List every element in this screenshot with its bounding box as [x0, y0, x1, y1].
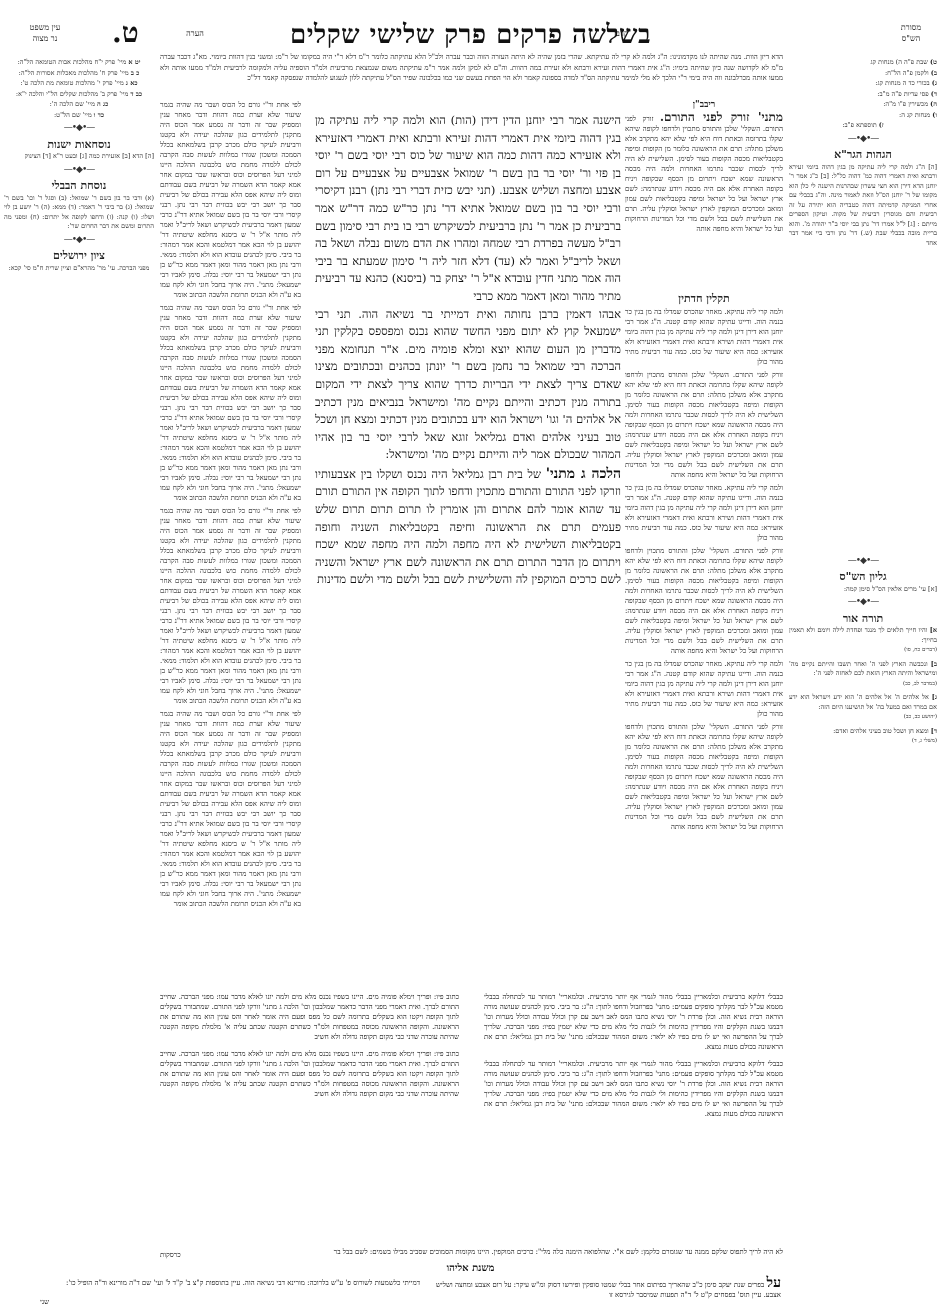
taklin-hadatin-title: תקלין חדתין: [625, 294, 783, 304]
zion-yerushalayim-title: ציון ירושלים: [4, 251, 154, 261]
pnei-moshe-text-continued: לפי אחת ור"י גורם כל הכוס ושבר מה שהיה ב…: [160, 506, 301, 706]
torah-verse: א] והיו חייך תלאים לך מנגד ופחדת לילה וי…: [789, 626, 937, 656]
talmud-page: מסורת הש"ס קרבן בשלשה פרקים פרק שלישי שק…: [0, 0, 941, 1310]
korban-commentary-continued: ולמה קרי ליה עתיקא. מאחר שהכרס שמדלו בה …: [625, 659, 783, 719]
gra-title: הגהות הגר"א: [789, 150, 937, 160]
main-gemara-text: הישנה אמר רבי יוחנן הדין דידן (הות) הוא …: [315, 112, 621, 922]
ribvan-subtitle: ריבב"ן: [625, 100, 783, 110]
korban-commentary-continued: זורק לפני התורם. השקלי' שלכן והתורס מתכו…: [625, 370, 783, 480]
ein-mishpat-item: כג ה מיי' שם הלכה ה':: [4, 100, 154, 110]
ornament-divider: —•◆•—: [4, 166, 154, 176]
right-margin: ט) שבת פ"ה ה) מנחות קג ב) ולקמן פ"ה הל"ח…: [789, 58, 937, 1258]
korban-commentary-continued: ולמה קרי ליה עתיקא. מאחר שהכרס שמדלו בה …: [625, 483, 783, 543]
ein-mishpat-item: כד ו מיי' שם הל"ט:: [4, 111, 154, 121]
korban-commentary-text: מתני' זורק לפני התורם. זורק לפני התורם. …: [625, 112, 783, 234]
masoret-item: ג) בכורי כד ה מנחות קג:: [789, 79, 937, 89]
gemara-paragraph-1: הישנה אמר רבי יוחנן הדין דידן (הות) הוא …: [315, 112, 621, 306]
ein-mishpat-item: כא ג מיי' פרק י' מהלכות טומאת מת הלכה ט'…: [4, 79, 154, 89]
masoret-item: ד) פסי עדיות פ"ה מ"ב:: [789, 90, 937, 100]
lower-commentary-left-text: כתוב פיו: ופריך וימלא פומיה מים. היינו ב…: [160, 992, 459, 1042]
gemara-paragraph-3: אבהו דאמין ברבן נחותה ואית דמייתי בר נשי…: [315, 306, 621, 464]
masoret-item: ט) שבת פ"ה ה) מנחות קג: [789, 58, 937, 68]
footer-right-initial: על: [767, 1275, 781, 1291]
ein-mishpat-item: כב ד מיי' פרק ב' מהלכות שקלים הל"י והלכה…: [4, 90, 154, 100]
ornament-divider: —•◆•—: [789, 135, 937, 145]
ornament-divider: —•◆•—: [789, 557, 937, 567]
pnei-moshe-text: לפי אחת ור"י גורם כל הכוס ושבר מה שהיה ב…: [160, 100, 301, 300]
torah-or-title: תורה אור: [789, 614, 937, 624]
ein-mishpat-label: עין משפט נר מצוה: [10, 22, 80, 44]
gra-text: [ה] ה"ג ולמה קרי ליה עתיקה מן בגין דהוה …: [789, 163, 937, 553]
lower-commentary: כבבלי דלוקא ברביעית וכלמאריין בבבלי מהור…: [160, 985, 783, 1210]
masoret-list: ט) שבת פ"ה ה) מנחות קג ב) ולקמן פ"ה הל"ח…: [789, 58, 937, 131]
bottom-commentary-bar: לא היה לריך לתפוס שלקם ממנה עד שגומרם כל…: [160, 1240, 783, 1264]
bavli-title: נוסחת הבבלי: [4, 181, 154, 191]
pnei-moshe-text-continued: לפי אחת ור"י גורם כל הכוס ושבר מה שהיה ב…: [160, 709, 301, 909]
ornament-divider: —•◆•—: [4, 124, 154, 134]
gilyon-text: [א] עי' מרים אלאין הס"ל סימן קמה:: [789, 585, 937, 595]
nuschaot-text: [ה] הדא [ב] אזעירת כמה [ג] ובעט ר"א [ד] …: [4, 152, 154, 162]
korban-commentary-continued: זורק לפני התורם. השקלי' שלכן והתורס מתכו…: [625, 722, 783, 832]
mishnat-eliyahu-right: על בפרים שנת יעקב סימן כ"ב שהאריך בפיתום…: [421, 1278, 781, 1300]
torah-verse: ד] ומצא חן ושכל טוב בעיני אלהים ואדם:(מש…: [789, 727, 937, 747]
korban-commentary-continued: זורק לפני התורם. השקלי' שלכן והתורס מתכו…: [625, 546, 783, 656]
footer-right-text: בפרים שנת יעקב סימן כ"ב שהאריך בפיתום אח…: [436, 1281, 781, 1299]
bottom-bar-text: לא היה לריך לתפוס שלקם ממנה עד שגומרם כל…: [160, 1247, 783, 1257]
footer-left-text: דמייתי כלשמעות לשורוס פ' ע"ש בלרוכה: מור…: [66, 1279, 420, 1287]
zion-yerushalayim-text: מפני הברכה. עי' מר' מהרא"ם וציין שרית ח"…: [4, 264, 154, 274]
mishnat-eliyahu-title: משנת אליהו: [0, 1263, 941, 1274]
heara-label: הערה: [180, 28, 210, 39]
nuschaot-title: נוסחאות ישנות: [4, 140, 154, 150]
page-number: ט.: [112, 16, 139, 50]
ein-mishpat-list: יט א מיי' פרק י"ח מהלכות אבות הטומאה הל"…: [4, 58, 154, 120]
left-margin: יט א מיי' פרק י"ח מהלכות אבות הטומאה הל"…: [4, 58, 154, 528]
ein-mishpat-item: יט א מיי' פרק י"ח מהלכות אבות הטומאה הל"…: [4, 58, 154, 68]
page-header: מסורת הש"ס קרבן בשלשה פרקים פרק שלישי שק…: [0, 18, 941, 52]
lower-commentary-left-text: כתוב פיו: ופריך וימלא פומיה מים. היינו ב…: [160, 1049, 459, 1099]
taklin-hadatin-text: ולמה קרי ליה עתיקא. מאחר שהכרס שמדלו בה …: [625, 307, 783, 367]
mishnat-eliyahu-left: דמייתי כלשמעות לשורוס פ' ע"ש בלרוכה: מור…: [60, 1278, 420, 1288]
ornament-divider: —•◆•—: [4, 236, 154, 246]
masoret-item: ז) תוספתא פ"ב:: [789, 121, 937, 131]
lower-commentary-right: כבבלי דלוקא ברביעית וכלמאריין בבבלי מהור…: [484, 985, 783, 1210]
page-signature: שני: [40, 1298, 49, 1306]
masoret-item: ה) מכשירין פ"ו מ"ה:: [789, 100, 937, 110]
lower-commentary-right-text: כבבלי דלוקא ברביעית וכלמאריין בבבלי מהור…: [484, 1059, 783, 1119]
torah-verse: ג] אל אלהים ה' אל אלהים ה' הוא ידע וישרא…: [789, 693, 937, 723]
top-commentary: הדא דיזן הוות. מנה שהיתה לנו מקדמונינו: …: [160, 52, 783, 102]
torah-verse: ב] ונכבשה הארץ לפני ה' ואחר תשבו והייתם …: [789, 660, 937, 690]
ornament-divider: —•◆•—: [789, 598, 937, 608]
ein-mishpat-item: כ ב מיי' פרק ח' מהלכות מאכלות אסורות הל"…: [4, 69, 154, 79]
gilyon-title: גליון הש"ס: [789, 572, 937, 582]
pnei-moshe-text-continued: לפי אחת ור"י גורם כל הכוס ושבר מה שהיה ב…: [160, 303, 301, 503]
masoret-item: ו) מנחות קג ה:: [789, 111, 937, 121]
lower-commentary-right-text: כבבלי דלוקא ברביעית וכלמאריין בבבלי מהור…: [484, 992, 783, 1052]
page-title: בשלשה פרקים פרק שלישי שקלים: [0, 20, 941, 50]
bavli-text: (א) ורבי בר בון בשם ר' שמואל: (ב) וסגל ר…: [4, 194, 154, 232]
lower-commentary-left: כתוב פיו: ופריך וימלא פומיה מים. היינו ב…: [160, 985, 459, 1210]
halacha-3-mishna: הלכה ג מתני' של בית רבן גמליאל היה נכנס …: [315, 466, 621, 589]
top-commentary-text: הדא דיזן הוות. מנה שהיתה לנו מקדמונינו: …: [160, 52, 783, 84]
bottom-bar-catchword: כרסקות: [160, 1250, 181, 1260]
masoret-item: ב) ולקמן פ"ה הל"ח:: [789, 69, 937, 79]
